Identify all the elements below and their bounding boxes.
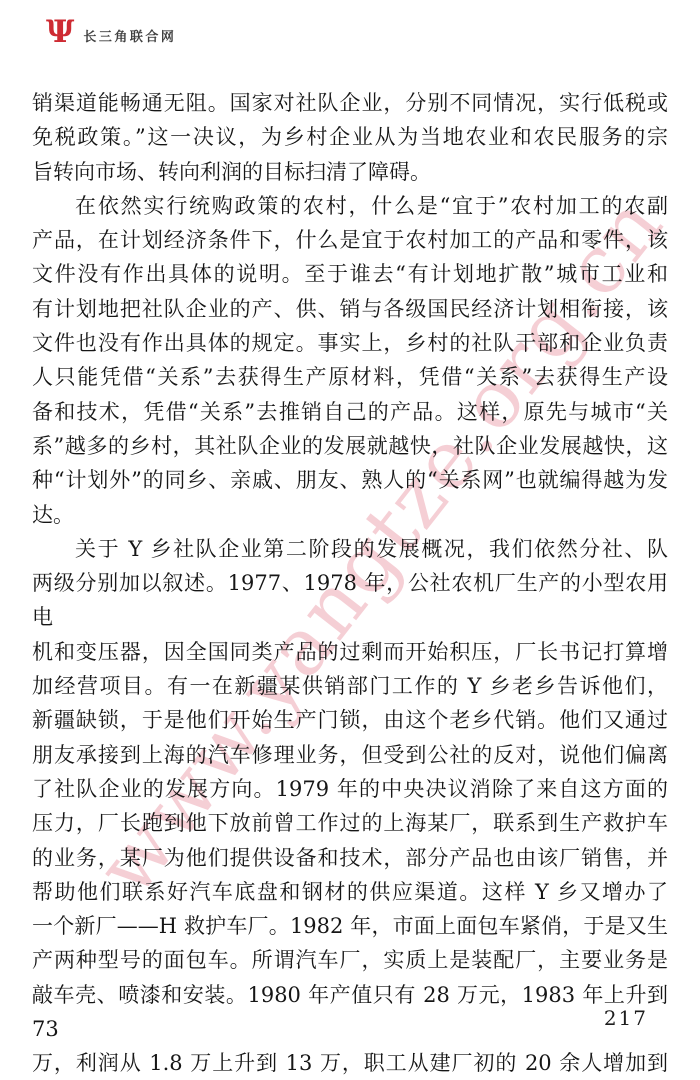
text-line: 系”越多的乡村，其社队企业的发展就越快，社队企业发展越快，这 — [32, 429, 668, 463]
text-line: 的业务，某厂为他们提供设备和技术，部分产品也由该厂销售，并 — [32, 841, 668, 875]
site-name: 长三角联合网 — [83, 18, 176, 45]
text-line: 新疆缺锁，于是他们开始生产门锁，由这个老乡代销。他们又通过 — [32, 703, 668, 737]
text-line: 在依然实行统购政策的农村，什么是“宜于”农村加工的农副 — [32, 189, 668, 223]
text-line: 文件也没有作出具体的规定。事实上，乡村的社队干部和企业负责 — [32, 326, 668, 360]
site-header: Ψ 长三角联合网 — [46, 16, 176, 47]
text-line: 压力，厂长跑到他下放前曾工作过的上海某厂，联系到生产救护车 — [32, 806, 668, 840]
text-line: 免税政策。”这一决议，为乡村企业从为当地农业和农民服务的宗 — [32, 120, 668, 154]
text-line: 万，利润从 1.8 万上升到 13 万，职工从建厂初的 20 余人增加到 — [32, 1046, 668, 1080]
text-line: 两级分别加以叙述。1977、1978 年，公社农机厂生产的小型农用电 — [32, 566, 668, 635]
text-line: 产品，在计划经济条件下，什么是宜于农村加工的产品和零件，该 — [32, 223, 668, 257]
text-line: 有计划地把社队企业的产、供、销与各级国民经济计划相衔接，该 — [32, 292, 668, 326]
page-number: 217 — [604, 1006, 648, 1030]
text-line: 产两种型号的面包车。所谓汽车厂，实质上是装配厂，主要业务是 — [32, 943, 668, 977]
book-page: Ψ 长三角联合网 www.yangtze.org.cn 销渠道能畅通无阻。国家对… — [0, 0, 700, 1080]
text-line: 帮助他们联系好汽车底盘和钢材的供应渠道。这样 Y 乡又增办了 — [32, 875, 668, 909]
text-line: 敲车壳、喷漆和安装。1980 年产值只有 28 万元，1983 年上升到 73 — [32, 978, 668, 1047]
text-line: 一个新厂——H 救护车厂。1982 年，市面上面包车紧俏，于是又生 — [32, 909, 668, 943]
text-line: 了社队企业的发展方向。1979 年的中央决议消除了来自这方面的 — [32, 772, 668, 806]
text-line: 旨转向市场、转向利润的目标扫清了障碍。 — [32, 155, 668, 189]
text-line: 加经营项目。有一在新疆某供销部门工作的 Y 乡老乡告诉他们， — [32, 669, 668, 703]
text-line: 销渠道能畅通无阻。国家对社队企业，分别不同情况，实行低税或 — [32, 86, 668, 120]
text-line: 达。 — [32, 498, 668, 532]
text-line: 机和变压器，因全国同类产品的过剩而开始积压，厂长书记打算增 — [32, 635, 668, 669]
site-logo-icon: Ψ — [46, 17, 74, 48]
text-line: 人只能凭借“关系”去获得生产原材料，凭借“关系”去获得生产设 — [32, 360, 668, 394]
text-line: 备和技术，凭借“关系”去推销自己的产品。这样，原先与城市“关 — [32, 395, 668, 429]
text-line: 关于 Y 乡社队企业第二阶段的发展概况，我们依然分社、队 — [32, 532, 668, 566]
text-line: 文件没有作出具体的说明。至于谁去“有计划地扩散”城市工业和 — [32, 257, 668, 291]
text-block: 销渠道能畅通无阻。国家对社队企业，分别不同情况，实行低税或免税政策。”这一决议，… — [32, 86, 668, 1080]
text-line: 种“计划外”的同乡、亲戚、朋友、熟人的“关系网”也就编得越为发 — [32, 463, 668, 497]
text-line: 朋友承接到上海的汽车修理业务，但受到公社的反对，说他们偏离 — [32, 738, 668, 772]
